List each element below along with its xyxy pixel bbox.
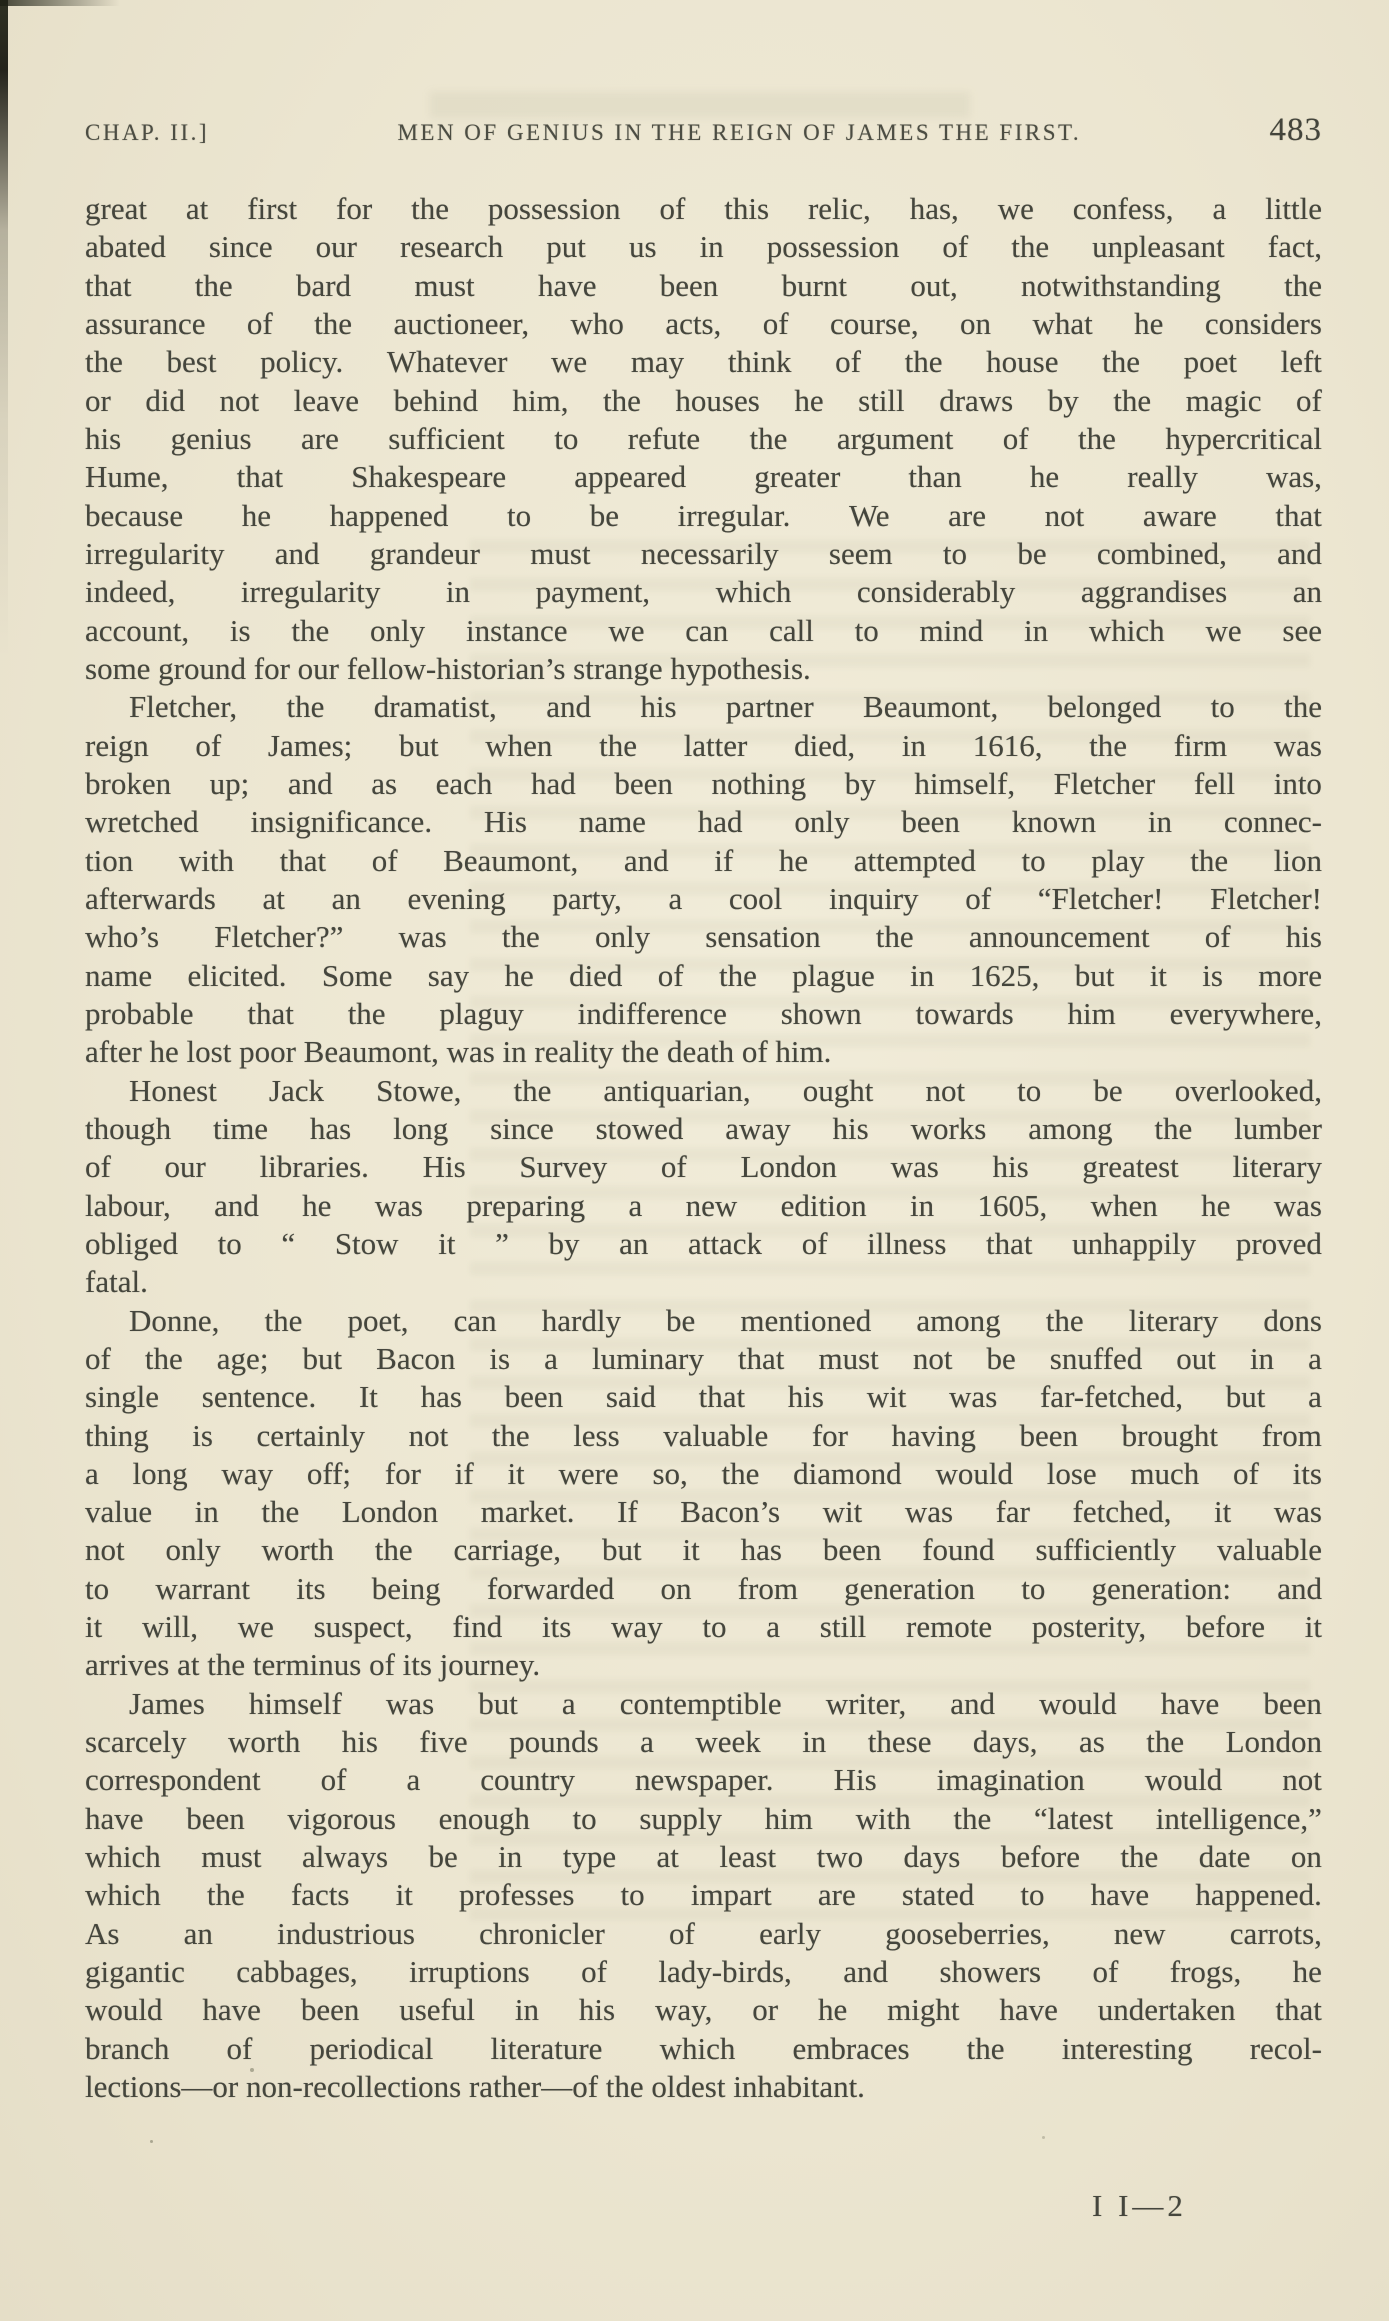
text-line: arrives at the terminus of its journey. bbox=[85, 1646, 1322, 1684]
paragraph: Jameshimselfwasbutacontemptiblewriter,an… bbox=[85, 1685, 1322, 2107]
text-line: thoughtimehaslongsincestowedawayhisworks… bbox=[85, 1110, 1322, 1148]
text-line: assuranceoftheauctioneer,whoacts,ofcours… bbox=[85, 305, 1322, 343]
signature-mark: I I—2 bbox=[1092, 2188, 1187, 2224]
text-line: obligedto“Stowit”byanattackofillnessthat… bbox=[85, 1225, 1322, 1263]
text-line: havebeenvigorousenoughtosupplyhimwiththe… bbox=[85, 1800, 1322, 1838]
text-line: Asanindustriouschroniclerofearlygooseber… bbox=[85, 1915, 1322, 1953]
running-header: CHAP. II.] MEN OF GENIUS IN THE REIGN OF… bbox=[85, 112, 1322, 149]
page-title: MEN OF GENIUS IN THE REIGN OF JAMES THE … bbox=[397, 120, 1081, 146]
text-line: notonlyworththecarriage,butithasbeenfoun… bbox=[85, 1531, 1322, 1569]
text-line: abatedsinceourresearchputusinpossessiono… bbox=[85, 228, 1322, 266]
text-line: wouldhavebeenusefulinhisway,orhemighthav… bbox=[85, 1991, 1322, 2029]
scan-edge-shadow-top bbox=[0, 0, 120, 6]
text-line: some ground for our fellow-historian’s s… bbox=[85, 650, 1322, 688]
text-line: thatthebardmusthavebeenburntout,notwiths… bbox=[85, 267, 1322, 305]
text-line: wretchedinsignificance.Hisnamehadonlybee… bbox=[85, 803, 1322, 841]
text-line: whichmustalwaysbeintypeatleasttwodaysbef… bbox=[85, 1838, 1322, 1876]
paper-speck bbox=[150, 2140, 153, 2143]
text-line: after he lost poor Beaumont, was in real… bbox=[85, 1033, 1322, 1071]
text-line: thingiscertainlynotthelessvaluableforhav… bbox=[85, 1417, 1322, 1455]
text-line: labour,andhewaspreparinganeweditionin160… bbox=[85, 1187, 1322, 1225]
paragraph: greatatfirstforthepossessionofthisrelic,… bbox=[85, 190, 1322, 688]
text-line: towarrantitsbeingforwardedonfromgenerati… bbox=[85, 1570, 1322, 1608]
chapter-label: CHAP. II.] bbox=[85, 120, 209, 146]
book-page: CHAP. II.] MEN OF GENIUS IN THE REIGN OF… bbox=[0, 0, 1389, 2321]
text-line: greatatfirstforthepossessionofthisrelic,… bbox=[85, 190, 1322, 228]
text-line: becausehehappenedtobeirregular.Wearenota… bbox=[85, 497, 1322, 535]
text-line: itwill,wesuspect,finditswaytoastillremot… bbox=[85, 1608, 1322, 1646]
text-line: HonestJackStowe,theantiquarian,oughtnott… bbox=[85, 1072, 1322, 1110]
text-line: singlesentence.Ithasbeensaidthathiswitwa… bbox=[85, 1378, 1322, 1416]
text-line: brokenup;andaseachhadbeennothingbyhimsel… bbox=[85, 765, 1322, 803]
text-line: oftheage;butBaconisaluminarythatmustnotb… bbox=[85, 1340, 1322, 1378]
text-line: branchofperiodicalliteraturewhichembrace… bbox=[85, 2030, 1322, 2068]
text-line: hisgeniusaresufficienttorefutetheargumen… bbox=[85, 420, 1322, 458]
text-line: indeed,irregularityinpayment,whichconsid… bbox=[85, 573, 1322, 611]
text-line: ofourlibraries.HisSurveyofLondonwashisgr… bbox=[85, 1148, 1322, 1186]
paragraph: Fletcher,thedramatist,andhispartnerBeaum… bbox=[85, 688, 1322, 1071]
text-line: afterwardsataneveningparty,acoolinquiryo… bbox=[85, 880, 1322, 918]
text-line: who’sFletcher?”wastheonlysensationtheann… bbox=[85, 918, 1322, 956]
text-line: Donne,thepoet,canhardlybementionedamongt… bbox=[85, 1302, 1322, 1340]
text-line: Hume,thatShakespeareappearedgreaterthanh… bbox=[85, 458, 1322, 496]
text-line: thebestpolicy.Whateverwemaythinkofthehou… bbox=[85, 343, 1322, 381]
text-line: reignofJames;butwhenthelatterdied,in1616… bbox=[85, 727, 1322, 765]
text-line: scarcelyworthhisfivepoundsaweekintheseda… bbox=[85, 1723, 1322, 1761]
page-number: 483 bbox=[1270, 112, 1323, 149]
text-line: whichthefactsitprofessestoimpartarestate… bbox=[85, 1876, 1322, 1914]
scan-edge-shadow bbox=[0, 0, 8, 660]
paragraph: HonestJackStowe,theantiquarian,oughtnott… bbox=[85, 1072, 1322, 1302]
text-line: alongwayoff;forifitwereso,thediamondwoul… bbox=[85, 1455, 1322, 1493]
text-line: probablethattheplaguyindifferenceshownto… bbox=[85, 995, 1322, 1033]
text-line: irregularityandgrandeurmustnecessarilyse… bbox=[85, 535, 1322, 573]
text-line: ordidnotleavebehindhim,thehouseshestilld… bbox=[85, 382, 1322, 420]
paper-speck bbox=[1042, 2136, 1045, 2139]
text-line: lections—or non-recollections rather—of … bbox=[85, 2068, 1322, 2106]
text-line: tionwiththatofBeaumont,andifheattemptedt… bbox=[85, 842, 1322, 880]
text-line: Fletcher,thedramatist,andhispartnerBeaum… bbox=[85, 688, 1322, 726]
text-line: nameelicited.Somesayhediedoftheplaguein1… bbox=[85, 957, 1322, 995]
text-line: account,istheonlyinstancewecancalltomind… bbox=[85, 612, 1322, 650]
body-text: greatatfirstforthepossessionofthisrelic,… bbox=[85, 190, 1322, 2106]
text-line: correspondentofacountrynewspaper.Hisimag… bbox=[85, 1761, 1322, 1799]
text-line: valueintheLondonmarket.IfBacon’switwasfa… bbox=[85, 1493, 1322, 1531]
paragraph: Donne,thepoet,canhardlybementionedamongt… bbox=[85, 1302, 1322, 1685]
text-line: giganticcabbages,irruptionsoflady-birds,… bbox=[85, 1953, 1322, 1991]
text-line: fatal. bbox=[85, 1263, 1322, 1301]
text-line: Jameshimselfwasbutacontemptiblewriter,an… bbox=[85, 1685, 1322, 1723]
